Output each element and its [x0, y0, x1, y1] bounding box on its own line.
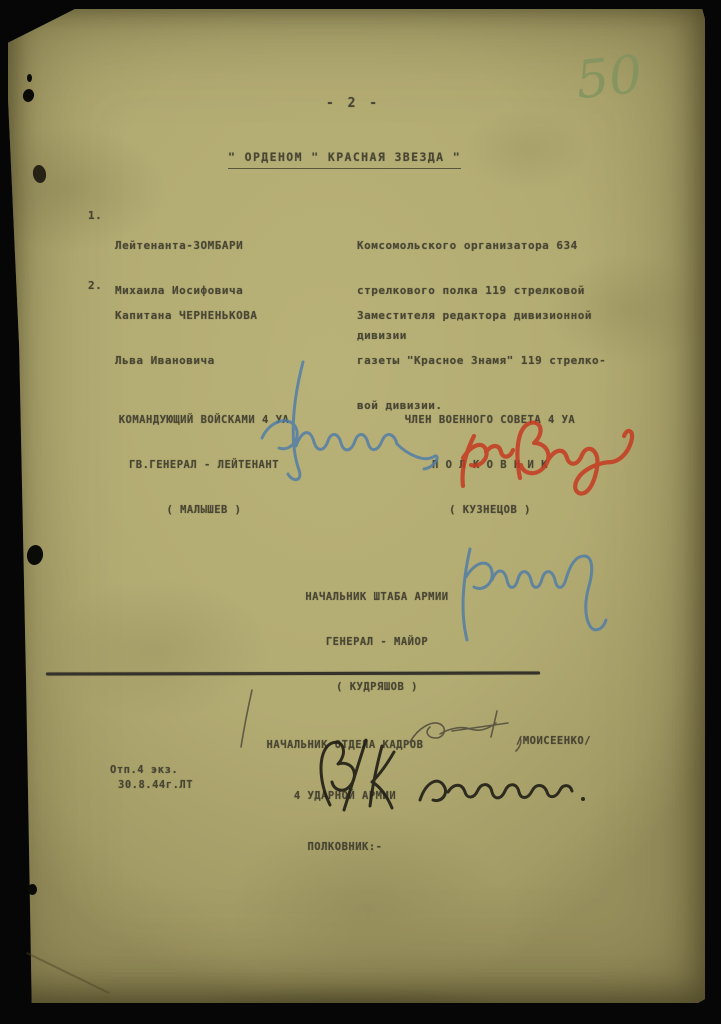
- copies-date: 30.8.44г.ЛТ: [118, 778, 193, 793]
- awardee-name-line: Льва Ивановича: [115, 353, 257, 368]
- awardee-name-line: Лейтенанта-ЗОМБАРИ: [115, 238, 243, 253]
- council-member-name: ( КУЗНЕЦОВ ): [380, 503, 600, 518]
- awardee-name-line: Капитана ЧЕРНЕНЬКОВА: [115, 308, 257, 323]
- awardee-index: 2.: [88, 278, 102, 293]
- commander-name: ( МАЛЫШЕВ ): [106, 503, 302, 518]
- chief-of-staff-title: НАЧАЛЬНИК ШТАБА АРМИИ: [272, 590, 482, 605]
- personnel-title: НАЧАЛЬНИК ОТДЕЛА КАДРОВ: [243, 737, 447, 754]
- page-number: - 2 -: [326, 96, 396, 111]
- paper-hole: [28, 884, 37, 895]
- scanned-document: - 2 - 50 " ОРДЕНОМ " КРАСНАЯ ЗВЕЗДА " 1.…: [0, 0, 721, 1024]
- awardee-index: 1.: [88, 208, 102, 223]
- personnel-name: /МОИСЕЕНКО/: [516, 734, 591, 749]
- copies-note: Отп.4 экз.: [110, 763, 178, 778]
- awardee-position-line: Заместителя редактора дивизионной: [357, 308, 606, 323]
- personnel-rank: ПОЛКОВНИК:-: [243, 839, 447, 856]
- chief-of-staff-name: ( КУДРЯШОВ ): [272, 680, 482, 695]
- commander-signature-block: КОМАНДУЮЩИЙ ВОЙСКАМИ 4 УА ГВ.ГЕНЕРАЛ - Л…: [106, 383, 302, 548]
- awardee-position-line: газеты "Красное Знамя" 119 стрелко-: [357, 353, 606, 368]
- council-member-title: ЧЛЕН ВОЕННОГО СОВЕТА 4 УА: [380, 413, 600, 428]
- award-heading: " ОРДЕНОМ " КРАСНАЯ ЗВЕЗДА ": [228, 150, 461, 169]
- council-member-signature-block: ЧЛЕН ВОЕННОГО СОВЕТА 4 УА П О Л К О В Н …: [380, 383, 600, 548]
- commander-title: КОМАНДУЮЩИЙ ВОЙСКАМИ 4 УА: [106, 413, 302, 428]
- personnel-signature-block: НАЧАЛЬНИК ОТДЕЛА КАДРОВ 4 УДАРНОЙ АРМИИ …: [243, 703, 447, 890]
- commander-rank: ГВ.ГЕНЕРАЛ - ЛЕЙТЕНАНТ: [106, 458, 302, 473]
- chief-of-staff-signature-block: НАЧАЛЬНИК ШТАБА АРМИИ ГЕНЕРАЛ - МАЙОР ( …: [272, 560, 482, 725]
- paper-hole: [27, 74, 32, 82]
- awardee-name: Капитана ЧЕРНЕНЬКОВА Льва Ивановича: [115, 278, 257, 398]
- personnel-army: 4 УДАРНОЙ АРМИИ: [243, 788, 447, 805]
- council-member-rank: П О Л К О В Н И К: [380, 458, 600, 473]
- archival-page-mark: 50: [573, 45, 645, 112]
- awardee-position-line: Комсомольского организатора 634: [357, 238, 585, 253]
- chief-of-staff-rank: ГЕНЕРАЛ - МАЙОР: [272, 635, 482, 650]
